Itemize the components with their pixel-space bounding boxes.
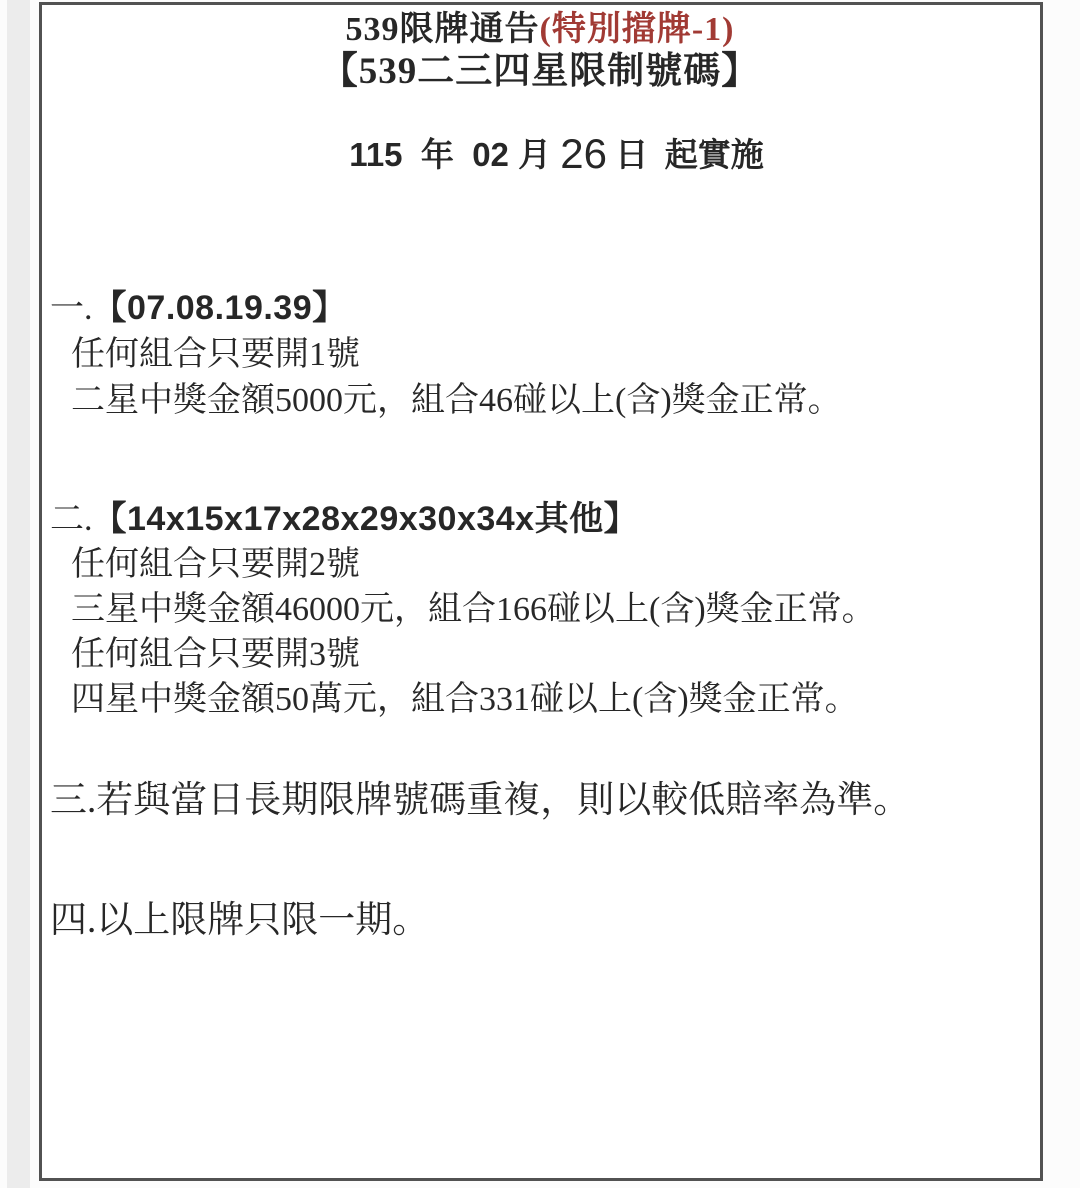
- notice-item-2: 二.【14x15x17x28x29x30x34x其他】 任何組合只要開2號 三星…: [46, 497, 1034, 722]
- notice-title: 539限牌通告(特別擋牌-1): [46, 10, 1034, 50]
- effective-date-day: 26: [560, 130, 607, 177]
- item-1-restricted-numbers: 【07.08.19.39】: [93, 289, 347, 327]
- notice-item-1: 一.【07.08.19.39】 任何組合只要開1號 二星中獎金額5000元，組合…: [46, 285, 1034, 424]
- notice-item-3: 三.若與當日長期限牌號碼重複，則以較低賠率為準。: [46, 777, 1034, 825]
- effective-date-suffix: 日 起實施: [607, 138, 764, 174]
- item-1-number: 一.: [50, 290, 93, 327]
- item-2-line-1: 任何組合只要開2號: [50, 542, 1034, 587]
- scan-edge-shadow: [7, 0, 30, 1188]
- item-1-header: 一.【07.08.19.39】: [50, 285, 1034, 332]
- item-3-number: 三.: [50, 780, 96, 821]
- item-4-number: 四.: [50, 900, 96, 941]
- item-3-text: 若與當日長期限牌號碼重複，則以較低賠率為準。: [96, 780, 910, 821]
- notice-item-4: 四.以上限牌只限一期。: [46, 897, 1034, 945]
- item-1-line-1: 任何組合只要開1號: [50, 332, 1034, 378]
- notice-subtitle: 【539二三四星限制號碼】: [46, 50, 1034, 94]
- notice-title-special: (特別擋牌-1): [540, 11, 735, 48]
- notice-page: 539限牌通告(特別擋牌-1) 【539二三四星限制號碼】 115 年 02 月…: [39, 2, 1043, 1181]
- effective-date-prefix: 115 年 02 月: [349, 136, 560, 173]
- notice-title-main: 539限牌通告: [346, 11, 540, 48]
- item-2-number: 二.: [50, 501, 93, 538]
- item-2-line-4: 四星中獎金額50萬元，組合331碰以上(含)獎金正常。: [50, 677, 1034, 722]
- effective-date: 115 年 02 月 26 日 起實施: [46, 94, 1034, 216]
- item-2-line-2: 三星中獎金額46000元，組合166碰以上(含)獎金正常。: [50, 587, 1034, 632]
- item-2-header: 二.【14x15x17x28x29x30x34x其他】: [50, 497, 1034, 542]
- item-1-line-2: 二星中獎金額5000元，組合46碰以上(含)獎金正常。: [50, 378, 1034, 424]
- item-2-restricted-numbers: 【14x15x17x28x29x30x34x其他】: [93, 500, 639, 538]
- item-4-text: 以上限牌只限一期。: [96, 900, 429, 941]
- item-2-line-3: 任何組合只要開3號: [50, 632, 1034, 677]
